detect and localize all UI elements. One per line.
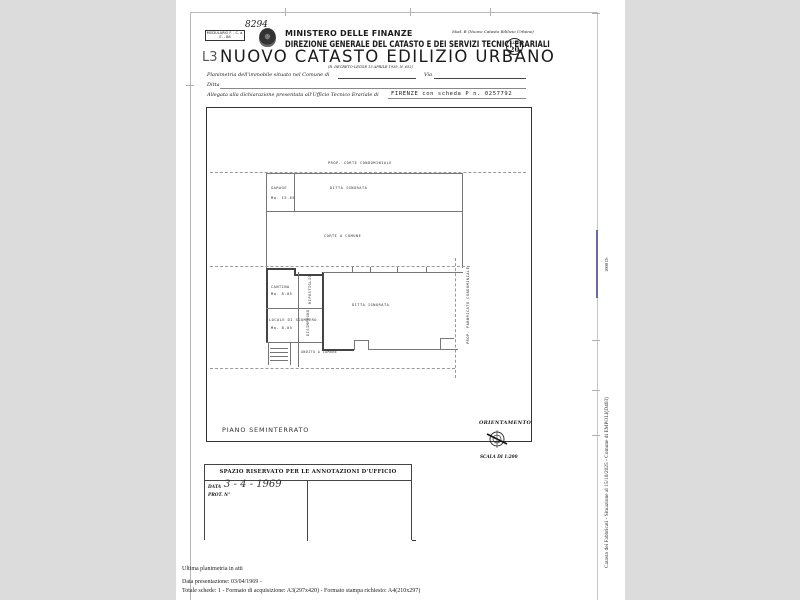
wall	[266, 268, 268, 342]
wall	[462, 173, 463, 268]
annotations-divider	[307, 480, 308, 541]
wall	[298, 343, 299, 367]
decree-reference: (R. DECRETO-LEGGE 13 APRILE 1939, N. 652…	[328, 65, 413, 69]
plan-label-ditta-ignota-mid: DITTA IGNORATA	[352, 303, 389, 307]
wall	[294, 173, 295, 211]
plan-label-prop-fabbricato: PROP. FABBRICATO CONDOMINIALE	[466, 267, 470, 344]
plan-label-cantina-area: Mq. 8.05	[271, 292, 292, 296]
boundary-line	[455, 258, 456, 378]
pillar	[426, 267, 427, 273]
scale-label: SCALA DI 1:200	[480, 454, 518, 459]
wall	[440, 338, 441, 349]
pillar	[352, 267, 353, 273]
ditta-label: Ditta	[207, 82, 220, 88]
modulario-box: MODULARIO F. - C. a. E. - 88	[205, 30, 245, 41]
page-frame-top	[190, 12, 598, 13]
ditta-field-line	[220, 88, 526, 89]
stair-step	[270, 360, 288, 361]
page-frame-right	[597, 12, 598, 600]
stair-step	[270, 356, 288, 357]
protocol-label: PROT. N°	[208, 493, 230, 498]
wall	[266, 308, 322, 309]
plan-label-disimpegno: DISIMPEGNO	[306, 309, 310, 336]
frame-stamp-mark	[596, 230, 598, 298]
floor-plan-frame	[206, 107, 532, 442]
pillar	[370, 267, 371, 273]
document-title: NUOVO CATASTO EDILIZIO URBANO	[220, 47, 555, 66]
registration-tick	[410, 8, 411, 16]
wall	[266, 268, 294, 270]
plan-label-andito: ANDITO A COMUNE	[301, 350, 337, 354]
plan-label-prop-corte: PROP. CORTE CONDOMINIALE	[328, 161, 392, 165]
registration-tick	[592, 390, 600, 391]
wall	[322, 272, 324, 350]
wall	[323, 272, 463, 273]
wall	[440, 338, 454, 339]
wall	[298, 272, 299, 342]
pillar	[397, 267, 398, 273]
registration-tick	[592, 435, 600, 436]
page-frame-left	[190, 12, 191, 600]
registration-tick	[186, 85, 194, 86]
plan-label-garage-area: Mq. 15.65	[271, 196, 295, 200]
plan-label-garage: GARAGE	[271, 186, 287, 190]
floor-label: PIANO SEMINTERRATO	[222, 426, 309, 434]
plan-label-locale-area: Mq. 8.05	[271, 326, 292, 330]
plan-label-cantina: CANTINA	[271, 285, 290, 289]
date-label: DATA	[208, 485, 221, 490]
registration-tick	[592, 13, 600, 14]
date-value: 3 - 4 - 1969	[224, 479, 282, 490]
allegata-field-line	[388, 98, 526, 99]
orientation-label: ORIENTAMENTO	[479, 420, 531, 426]
boundary-line	[210, 368, 455, 369]
plan-label-corte-comune: CORTE A COMUNE	[324, 234, 361, 238]
comune-field-line	[338, 78, 416, 79]
ministry-heading: MINISTERO DELLE FINANZE	[285, 29, 412, 38]
wall	[368, 349, 458, 350]
footer-presentation-date: Data presentazione: 03/04/1969 -	[182, 579, 262, 585]
office-annotations-box: SPAZIO RISERVATO PER LE ANNOTAZIONI D'UF…	[204, 464, 412, 540]
via-label: Via	[424, 72, 432, 78]
registration-tick	[592, 340, 600, 341]
allegata-label: Allegata alla dichiarazione presentata a…	[207, 92, 379, 98]
wall	[266, 173, 462, 174]
footer-sheet-info: Totale schede: 1 - Formato di acquisizio…	[182, 588, 420, 594]
stair-wall	[268, 343, 269, 365]
stair-step	[270, 348, 288, 349]
footer-last-plan: Ultima planimetria in atti	[182, 566, 243, 572]
wall	[266, 173, 267, 268]
registration-tick	[285, 8, 286, 16]
wall	[266, 342, 322, 343]
plan-label-ripostiglio: RIPOSTIGLIO	[308, 275, 312, 304]
wall	[266, 211, 462, 212]
compass-icon	[486, 428, 508, 450]
plan-label-ditta-ignota: DITTA IGNORATA	[330, 186, 367, 190]
side-cadastre-info: Catasto dei Fabbricati - Situazione al 1…	[604, 397, 610, 568]
side-stamp: 1000 Di	[604, 257, 609, 272]
registration-tick	[490, 8, 491, 16]
republic-emblem-icon	[259, 28, 276, 47]
boundary-line	[210, 266, 470, 267]
wall	[354, 340, 355, 350]
planimetria-label: Planimetria dell'immobile situato nel Co…	[207, 72, 330, 78]
model-label: Mod. B (Nuovo Catasto Edilizio Urbano)	[452, 29, 534, 34]
handwritten-sheet-number: L3	[202, 50, 218, 65]
stair-step	[270, 352, 288, 353]
wall	[354, 340, 368, 341]
via-field-line	[434, 78, 526, 79]
stair-wall	[290, 343, 291, 365]
registration-tick	[412, 540, 416, 541]
allegata-value: FIRENZE con scheda P n. 0257792	[391, 91, 512, 97]
